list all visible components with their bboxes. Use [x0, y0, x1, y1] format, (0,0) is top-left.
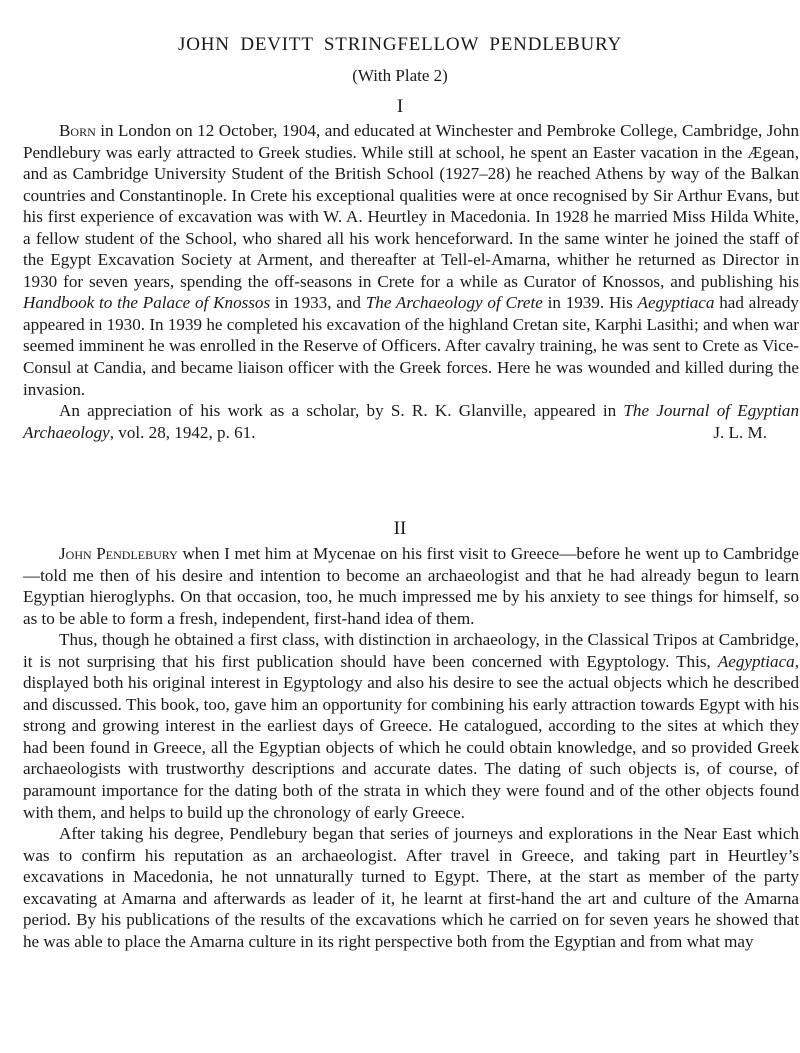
section-one-body: Born in London on 12 October, 1904, and …: [23, 120, 799, 443]
document-page: JOHN DEVITT STRINGFELLOW PENDLEBURY (Wit…: [0, 0, 800, 1053]
section-numeral-two: II: [0, 518, 800, 540]
section-two-body: John Pendlebury when I met him at Mycena…: [23, 543, 799, 952]
paragraph: Born in London on 12 October, 1904, and …: [23, 120, 799, 400]
lead-in-smallcaps: John Pendlebury: [59, 544, 178, 563]
text-run: , vol. 28, 1942, p. 61.: [110, 423, 256, 442]
article-title: JOHN DEVITT STRINGFELLOW PENDLEBURY: [0, 34, 800, 56]
paragraph: Thus, though he obtained a first class, …: [23, 629, 799, 823]
paragraph: John Pendlebury when I met him at Mycena…: [23, 543, 799, 629]
article-subtitle: (With Plate 2): [0, 66, 800, 86]
text-run: An appreciation of his work as a scholar…: [59, 401, 623, 420]
paragraph: An appreciation of his work as a scholar…: [23, 400, 799, 443]
text-run: in London on 12 October, 1904, and educa…: [23, 121, 799, 291]
book-title-aegyptiaca: Aegyptiaca: [718, 652, 795, 671]
book-title-aegyptiaca: Aegyptiaca: [638, 293, 715, 312]
text-run: After taking his degree, Pendlebury bega…: [23, 824, 799, 951]
signature: J. L. M.: [677, 422, 767, 444]
text-run: in 1933, and: [270, 293, 366, 312]
book-title-handbook: Handbook to the Palace of Knossos: [23, 293, 270, 312]
text-run: , displayed both his original interest i…: [23, 652, 799, 822]
text-run: Thus, though he obtained a first class, …: [23, 630, 799, 671]
section-numeral-one: I: [0, 96, 800, 118]
lead-in-smallcaps: Born: [59, 121, 96, 140]
text-run: in 1939. His: [543, 293, 638, 312]
book-title-archaeology-of-crete: The Archaeology of Crete: [366, 293, 543, 312]
paragraph: After taking his degree, Pendlebury bega…: [23, 823, 799, 952]
